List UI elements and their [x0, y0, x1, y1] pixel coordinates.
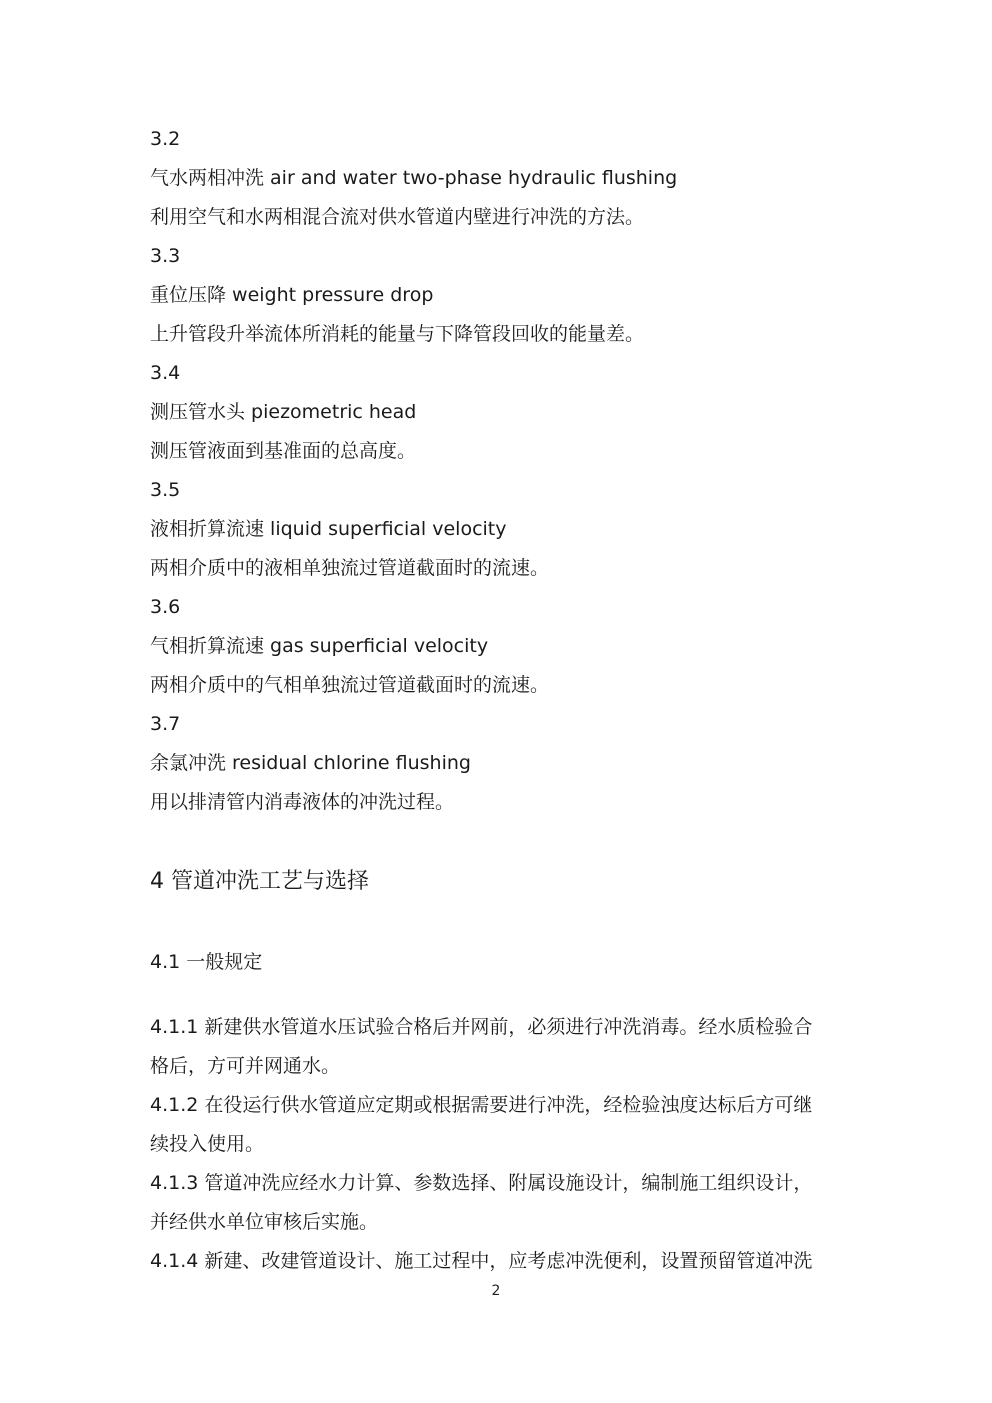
clause-text: 4.1.4 新建、改建管道设计、施工过程中，应考虑冲洗便利，设置预留管道冲洗 [150, 1249, 812, 1273]
term-definition: 测压管液面到基准面的总高度。 [150, 439, 416, 463]
term-title: 测压管水头 piezometric head [150, 400, 416, 424]
term-number: 3.7 [150, 712, 180, 736]
clause-text: 4.1.3 管道冲洗应经水力计算、参数选择、附属设施设计，编制施工组织设计， [150, 1171, 812, 1195]
chapter-heading: 4 管道冲洗工艺与选择 [150, 868, 369, 896]
page-number: 2 [0, 1283, 992, 1299]
clause-text: 4.1.1 新建供水管道水压试验合格后并网前，必须进行冲洗消毒。经水质检验合 [150, 1015, 812, 1039]
term-title: 气相折算流速 gas superficial velocity [150, 634, 488, 658]
term-title: 气水两相冲洗 air and water two-phase hydraulic… [150, 166, 677, 190]
clause-text: 4.1.2 在役运行供水管道应定期或根据需要进行冲洗，经检验浊度达标后方可继 [150, 1093, 812, 1117]
clause-text-cont: 格后，方可并网通水。 [150, 1054, 340, 1078]
term-number: 3.5 [150, 478, 180, 502]
term-number: 3.2 [150, 127, 180, 151]
term-title: 重位压降 weight pressure drop [150, 283, 433, 307]
term-title: 余氯冲洗 residual chlorine flushing [150, 751, 471, 775]
term-definition: 上升管段升举流体所消耗的能量与下降管段回收的能量差。 [150, 322, 644, 346]
term-number: 3.6 [150, 595, 180, 619]
clause-text-cont: 续投入使用。 [150, 1132, 264, 1156]
term-title: 液相折算流速 liquid superficial velocity [150, 517, 507, 541]
term-number: 3.3 [150, 244, 180, 268]
term-definition: 两相介质中的气相单独流过管道截面时的流速。 [150, 673, 549, 697]
clause-text-cont: 并经供水单位审核后实施。 [150, 1210, 378, 1234]
term-definition: 用以排清管内消毒液体的冲洗过程。 [150, 790, 454, 814]
section-heading: 4.1 一般规定 [150, 950, 262, 974]
term-number: 3.4 [150, 361, 180, 385]
term-definition: 利用空气和水两相混合流对供水管道内壁进行冲洗的方法。 [150, 205, 644, 229]
term-definition: 两相介质中的液相单独流过管道截面时的流速。 [150, 556, 549, 580]
